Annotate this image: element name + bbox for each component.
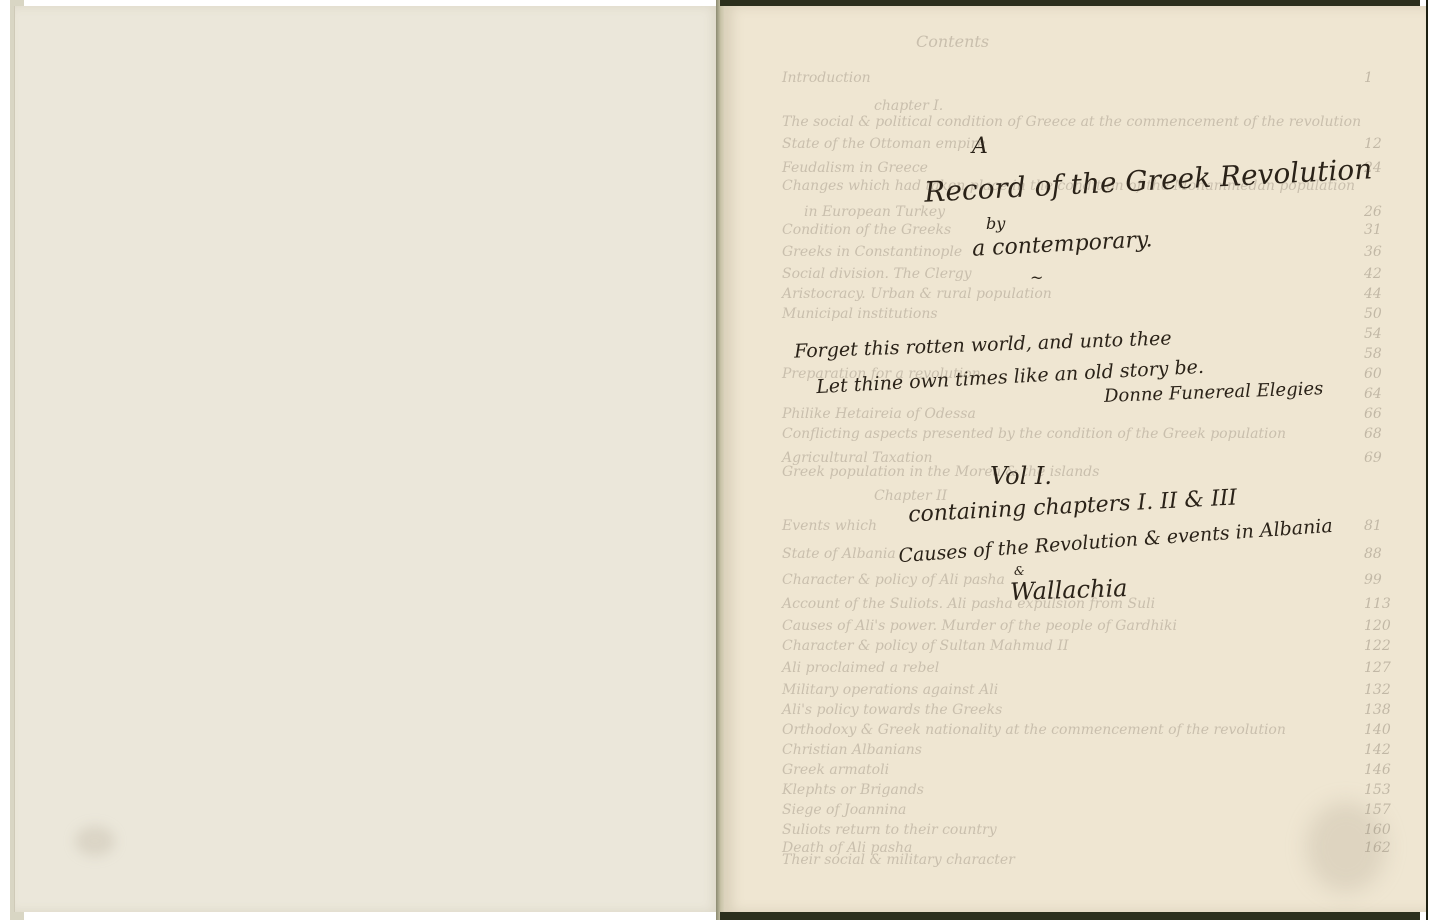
title-by: by bbox=[986, 214, 1005, 233]
contents-entry: Events which bbox=[782, 518, 877, 534]
contents-entry: Character & policy of Ali pasha bbox=[782, 572, 1005, 588]
contents-page-number: 81 bbox=[1364, 518, 1382, 534]
contents-entry: Condition of the Greeks bbox=[782, 222, 951, 238]
contents-page-number: 44 bbox=[1364, 286, 1382, 302]
contents-entry: Social division. The Clergy bbox=[782, 266, 972, 282]
contents-entry: Suliots return to their country bbox=[782, 822, 997, 838]
contents-page-number: 120 bbox=[1364, 618, 1391, 634]
contents-entry: Philike Hetaireia of Odessa bbox=[782, 406, 976, 422]
contents-page-number: 26 bbox=[1364, 204, 1382, 220]
contents-page-number: 64 bbox=[1364, 386, 1382, 402]
contents-entry: Introduction bbox=[782, 70, 871, 86]
contents-entry: Siege of Joannina bbox=[782, 802, 906, 818]
subject-line-2: Wallachia bbox=[1010, 574, 1128, 606]
contents-page-number: 132 bbox=[1364, 682, 1391, 698]
contents-entry: Orthodoxy & Greek nationality at the com… bbox=[782, 722, 1286, 738]
contents-page-number: 31 bbox=[1364, 222, 1382, 238]
contents-page-number: 138 bbox=[1364, 702, 1391, 718]
volume-label: Vol I. bbox=[990, 462, 1052, 490]
contents-page-number: 153 bbox=[1364, 782, 1391, 798]
contents-entry: Greek armatoli bbox=[782, 762, 889, 778]
right-page-title: Contents Introduction1chapter I.The soci… bbox=[724, 6, 1426, 912]
contents-entry: Klephts or Brigands bbox=[782, 782, 924, 798]
contents-entry: State of the Ottoman empire bbox=[782, 136, 986, 152]
contents-page-number: 1 bbox=[1364, 70, 1373, 86]
contents-entry: Conflicting aspects presented by the con… bbox=[782, 426, 1286, 442]
contents-page-number: 122 bbox=[1364, 638, 1391, 654]
title-article: A bbox=[972, 134, 988, 159]
contents-entry: State of Albania bbox=[782, 546, 896, 562]
contents-entry: Military operations against Ali bbox=[782, 682, 998, 698]
subject-ampersand: & bbox=[1014, 564, 1025, 578]
epigraph-source: Donne Funereal Elegies bbox=[1104, 378, 1324, 407]
contents-entry: Christian Albanians bbox=[782, 742, 922, 758]
contents-page-number: 68 bbox=[1364, 426, 1382, 442]
contents-page-number: 66 bbox=[1364, 406, 1382, 422]
contents-entry: Ali's policy towards the Greeks bbox=[782, 702, 1002, 718]
contents-page-number: 36 bbox=[1364, 244, 1382, 260]
contents-page-number: 160 bbox=[1364, 822, 1391, 838]
contents-page-number: 12 bbox=[1364, 136, 1382, 152]
contents-page-number: 113 bbox=[1364, 596, 1391, 612]
contents-entry: Feudalism in Greece bbox=[782, 160, 928, 176]
contents-page-number: 127 bbox=[1364, 660, 1391, 676]
contents-page-number: 88 bbox=[1364, 546, 1382, 562]
contents-entry: The social & political condition of Gree… bbox=[782, 114, 1361, 130]
left-page-blank bbox=[14, 6, 719, 912]
contents-heading: Contents bbox=[916, 32, 989, 51]
title: Record of the Greek Revolution bbox=[923, 152, 1373, 208]
contents-page-number: 146 bbox=[1364, 762, 1391, 778]
contents-page-number: 69 bbox=[1364, 450, 1382, 466]
contents-entry: Character & policy of Sultan Mahmud II bbox=[782, 638, 1069, 654]
contents-page-number: 54 bbox=[1364, 326, 1382, 342]
volume-contents: containing chapters I. II & III bbox=[908, 485, 1238, 527]
contents-page-number: 140 bbox=[1364, 722, 1391, 738]
contents-entry: Causes of Ali's power. Murder of the peo… bbox=[782, 618, 1177, 634]
scan-frame-right bbox=[1426, 0, 1440, 920]
contents-entry: chapter I. bbox=[874, 98, 943, 114]
epigraph-line-1: Forget this rotten world, and unto thee bbox=[794, 327, 1172, 362]
contents-entry: Ali proclaimed a rebel bbox=[782, 660, 939, 676]
contents-page-number: 60 bbox=[1364, 366, 1382, 382]
contents-page-number: 162 bbox=[1364, 840, 1391, 856]
contents-page-number: 58 bbox=[1364, 346, 1382, 362]
contents-page-number: 42 bbox=[1364, 266, 1382, 282]
contents-entry: Their social & military character bbox=[782, 852, 1015, 868]
contents-entry: in European Turkey bbox=[804, 204, 945, 220]
stain bbox=[75, 826, 115, 856]
contents-entry: Municipal institutions bbox=[782, 306, 938, 322]
scan-frame-bottom bbox=[720, 912, 1420, 920]
contents-page-number: 99 bbox=[1364, 572, 1382, 588]
contents-page-number: 142 bbox=[1364, 742, 1391, 758]
title-ornament: ~ bbox=[1030, 268, 1043, 287]
contents-entry: Aristocracy. Urban & rural population bbox=[782, 286, 1052, 302]
contents-entry: Greeks in Constantinople bbox=[782, 244, 962, 260]
contents-page-number: 50 bbox=[1364, 306, 1382, 322]
contents-page-number: 157 bbox=[1364, 802, 1391, 818]
